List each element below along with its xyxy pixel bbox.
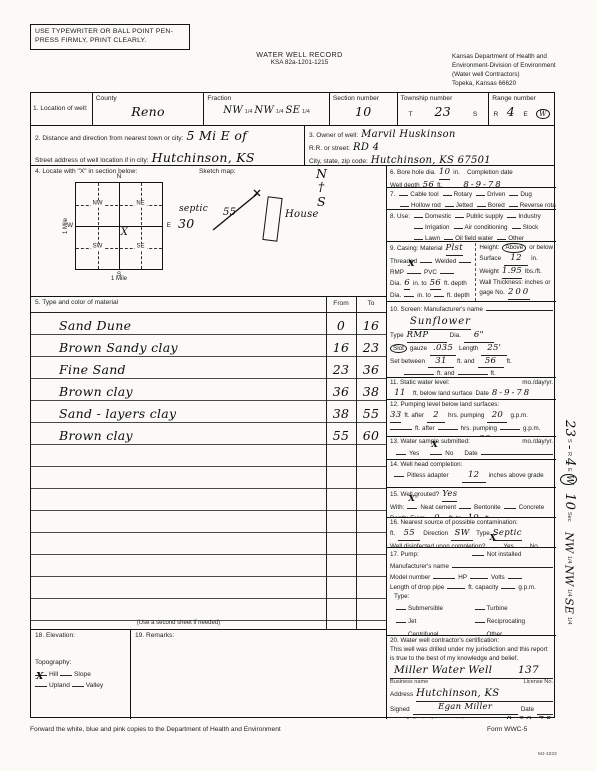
instruction-box: USE TYPEWRITER OR BALL POINT PEN-PRESS F… xyxy=(30,24,190,50)
section-10-screen: 10. Screen: Manufacturer's name Sunflowe… xyxy=(387,302,556,378)
street-value: Hutchinson, KS xyxy=(152,150,255,166)
to-value: 55 xyxy=(356,406,386,422)
ft-and-label: ft. and xyxy=(457,358,475,367)
contamination-type: Septic xyxy=(493,528,522,541)
date-label: Date xyxy=(464,450,477,459)
wellhead-label: 14. Well head completion: xyxy=(390,461,462,470)
margin-township: 23 xyxy=(560,420,577,437)
township-label: Township number xyxy=(401,95,453,102)
row-elevation-remarks: 18. Elevation: Topography: Hill Slope XU… xyxy=(31,629,386,719)
row-location: 1. Location of well: County Reno Fractio… xyxy=(31,93,554,126)
rmp-mark: X xyxy=(408,259,415,271)
pitless-value: 12 xyxy=(462,470,486,483)
upland-label: Upland xyxy=(49,682,70,691)
address-value: Hutchinson, KS xyxy=(416,687,553,702)
margin-quarter-label: 1/4 xyxy=(565,556,572,564)
range-e: E xyxy=(523,111,527,120)
distance-value: 5 Mi E of xyxy=(186,128,247,144)
section-16-contamination: 16. Nearest source of possible contamina… xyxy=(387,518,556,548)
other-label: Other xyxy=(508,235,524,242)
casing-dia2-label: Dia. xyxy=(390,292,401,301)
signed-label: Signed xyxy=(390,706,410,715)
casing-material-label: 9. Casing: Material xyxy=(390,245,443,254)
set-between-1: 31 xyxy=(428,356,454,369)
gpm-label: g.p.m. xyxy=(510,412,528,421)
compass-n: N xyxy=(117,173,122,181)
slot-value: .035 xyxy=(430,343,456,356)
lbs-label: lbs./ft. xyxy=(525,268,542,277)
title-block: WATER WELL RECORD KSA 82a-1201-1215 xyxy=(222,50,377,68)
table-row: Brown Sandy clay 16 23 xyxy=(31,335,386,357)
margin-quarter-2: NW xyxy=(561,565,575,587)
cell-owner: 3. Owner of well: Marvil Huskinson R.R. … xyxy=(305,126,554,165)
public-supply-label: Public supply xyxy=(466,213,503,222)
fraction-value: NW 1/4 NW 1/4 SE 1/4 xyxy=(204,104,329,117)
casing-right: Height:Aboveor below Surface12in. Weight… xyxy=(475,243,553,301)
table-row-empty xyxy=(31,577,386,599)
sample-no-label: No xyxy=(445,450,453,459)
direction-value: SW xyxy=(451,528,473,541)
above-grade-label: inches above grade xyxy=(489,472,544,481)
margin-index-strip: 23 S - R 4 E W 10 Sec NW 1/4 NW 1/4 SE 1… xyxy=(560,420,577,755)
section-20-certification: 20. Water well contractor's certificatio… xyxy=(387,636,556,719)
township-value: T 23 S xyxy=(398,104,489,120)
material-value: Brown clay xyxy=(31,428,326,444)
table-row: Brown clay 36 38 xyxy=(31,379,386,401)
margin-quarter-3: SE xyxy=(561,598,575,614)
certification-label: 20. Water well contractor's certificatio… xyxy=(390,637,499,646)
material-value: Sand - layers clay xyxy=(31,406,326,422)
capacity-label: ft. capacity xyxy=(468,584,498,593)
cable-tool-label: Cable tool xyxy=(410,191,438,200)
casing-dia-value: 6 xyxy=(404,278,410,291)
margin-sec-label: Sec xyxy=(565,512,572,521)
completion-date-value: 8-9-78 xyxy=(463,180,502,188)
valley-label: Valley xyxy=(86,682,103,691)
table-row-empty xyxy=(31,467,386,489)
section-number-value: 10 xyxy=(330,104,397,120)
section-6-borehole: 6. Bore hole dia. 10 in. Completion date… xyxy=(387,166,556,188)
ft-and-label: ft. and xyxy=(437,370,455,378)
from-header: From xyxy=(326,297,356,312)
material-header: 5. Type and color of material xyxy=(31,297,326,312)
water-well-record-page: USE TYPEWRITER OR BALL POINT PEN-PRESS F… xyxy=(0,0,597,771)
grid-dashed-line xyxy=(98,183,99,269)
from-value: 36 xyxy=(326,384,356,400)
margin-w-circled: W xyxy=(560,474,577,486)
cell-range: Range number R 4 E W xyxy=(489,93,554,125)
margin-s-label: S xyxy=(565,439,572,443)
owner-label: 3. Owner of well: xyxy=(309,132,358,141)
section-4-locate: 4. Locate with "X" in section below: Ske… xyxy=(31,166,386,296)
grid-dashed-line xyxy=(76,248,162,249)
range-number: 4 xyxy=(507,104,515,120)
fraction-q2: NW xyxy=(254,105,274,116)
submersible-label: Submersible xyxy=(408,605,443,614)
table-row-empty xyxy=(31,533,386,555)
gauze-label: gauze xyxy=(410,345,427,354)
section-7-method: 7. Cable tool XRotary Driven Dug Hollow … xyxy=(387,188,556,210)
direction-label: Direction xyxy=(423,530,448,539)
county-value: Reno xyxy=(93,104,204,120)
signature-value: Egan Miller xyxy=(413,702,518,715)
ft-after-label: ft. after xyxy=(404,412,424,421)
static-level-label: 11. Static water level: xyxy=(390,379,449,388)
locate-label: 4. Locate with "X" in section below: xyxy=(35,168,137,175)
to-value: 60 xyxy=(356,428,386,444)
section-12-pumping: 12. Pumping level below land surfaces: 3… xyxy=(387,400,556,437)
ft-label: ft. xyxy=(390,530,395,539)
section-8-use: 8. Use: XDomestic Public supply Industry… xyxy=(387,210,556,242)
agency-block: Kansas Department of Health and Environm… xyxy=(452,52,556,89)
rr-label: R.R. or street: xyxy=(309,145,350,154)
in-label: in. xyxy=(531,255,538,264)
from-value: 0 xyxy=(326,318,356,334)
margin-r-label: R xyxy=(565,452,572,456)
hp-label: HP xyxy=(458,574,467,583)
weight-label: Weight xyxy=(479,268,498,277)
dug-label: Dug xyxy=(520,191,532,200)
screen-dia-label: Dia. xyxy=(450,332,461,341)
material-value: Brown clay xyxy=(31,384,326,400)
quarter-label: 1/4 xyxy=(302,109,310,115)
material-table-header: 5. Type and color of material From To xyxy=(31,297,386,313)
mile-label-left: 1 Mile xyxy=(63,218,71,234)
section-14-wellhead: 14. Well head completion: Pitless adapte… xyxy=(387,460,556,488)
table-vline xyxy=(326,297,327,629)
industry-label: Industry xyxy=(518,213,540,222)
date-label: Date xyxy=(521,706,534,715)
disinfected-yes-mark: X xyxy=(489,533,496,545)
grid-center-horizontal xyxy=(76,226,162,227)
section-5-materials: 5. Type and color of material From To Sa… xyxy=(31,296,386,629)
screen-type-label: Type xyxy=(390,332,404,341)
surface-value: 12 xyxy=(504,253,528,266)
upland-mark: X xyxy=(36,671,43,683)
cell-fraction: Fraction NW 1/4 NW 1/4 SE 1/4 xyxy=(204,93,330,125)
cell-location-label: 1. Location of well: xyxy=(31,93,93,125)
pumping-depth-value: 33 xyxy=(390,410,401,423)
rr-value: RD 4 xyxy=(353,141,379,154)
to-value: 38 xyxy=(356,384,386,400)
section-15-grouted: 15. Well grouted?Yes With:XNeat cementBe… xyxy=(387,488,556,518)
table-row-empty xyxy=(31,445,386,467)
business-name-value: Miller Water Well xyxy=(390,663,515,678)
table-row-empty xyxy=(31,599,386,621)
sketch-compass-arrow: † xyxy=(318,179,325,195)
casing-left: 9. Casing: MaterialPlst ThreadedWelded R… xyxy=(390,243,475,301)
well-depth-value: 56 xyxy=(423,180,434,188)
compass-e: E xyxy=(167,222,171,230)
ft-label: ft. xyxy=(491,370,496,378)
jet-label: Jet xyxy=(408,618,416,627)
concrete-label: Concrete xyxy=(519,504,545,513)
form-body: 1. Location of well: County Reno Fractio… xyxy=(30,92,555,718)
cell-section-number: Section number 10 xyxy=(330,93,398,125)
hollow-rod-label: Hollow rod xyxy=(411,202,441,210)
row-distance-owner: 2. Distance and direction from nearest t… xyxy=(31,126,554,166)
above-circled: Above xyxy=(502,243,526,253)
from-value: 16 xyxy=(326,340,356,356)
well-x-mark: X xyxy=(121,226,128,239)
volts-label: Volts xyxy=(491,574,505,583)
sketch-lines xyxy=(207,186,267,234)
driven-label: Driven xyxy=(487,191,505,200)
section-17-pump: 17. Pump:XNot installed Manufacturer's n… xyxy=(387,548,556,636)
sketch-compass-s: S xyxy=(317,194,326,210)
sketch-55-text: 55 xyxy=(223,206,236,219)
section-9-casing: 9. Casing: MaterialPlst ThreadedWelded R… xyxy=(387,242,556,302)
section-mile-grid: NW NE SW SE N S W E X 1 Mile 1 Mile xyxy=(75,182,163,270)
ft-after-label: ft. after xyxy=(415,425,435,434)
to-value: 16 xyxy=(356,318,386,334)
in-label: in. xyxy=(453,169,460,178)
material-value: Fine Sand xyxy=(31,362,326,378)
agency-line: Environment-Division of Environment xyxy=(452,61,556,70)
range-label: Range number xyxy=(492,95,536,102)
gpm-label: g.p.m. xyxy=(523,425,541,434)
township-s: S xyxy=(473,111,477,120)
township-t: T xyxy=(409,111,413,120)
neat-cement-label: Neat cement xyxy=(420,504,456,513)
table-row: Sand Dune 0 16 xyxy=(31,313,386,335)
page-subtitle: KSA 82a-1201-1215 xyxy=(222,59,377,67)
grouted-value: Yes xyxy=(442,489,457,502)
table-vline xyxy=(356,297,357,629)
wall-thickness-label: Wall Thickness: inches or xyxy=(479,279,550,288)
from-value: 38 xyxy=(326,406,356,422)
from-value: 23 xyxy=(326,362,356,378)
hours-value: 2 xyxy=(427,410,445,423)
table-row: Fine Sand 23 36 xyxy=(31,357,386,379)
ft-label: ft. xyxy=(507,358,512,367)
sketch-septic-text: septic xyxy=(179,204,208,216)
pump-mfg-label: Manufacturer's name xyxy=(390,563,449,572)
table-row-empty xyxy=(31,489,386,511)
margin-quarter-label: 1/4 xyxy=(565,617,572,625)
license-label: License No. xyxy=(523,679,553,687)
screen-mfg-label: 10. Screen: Manufacturer's name xyxy=(390,306,483,315)
oil-field-water-label: Oil field water xyxy=(455,235,493,242)
street-label: Street address of well location if in ci… xyxy=(35,157,149,166)
gage-value: 200 xyxy=(508,287,530,300)
signed-date-value: 9-30-78 xyxy=(506,715,553,719)
cell-remarks: 19. Remarks: xyxy=(131,630,386,719)
certification-body2: is true to the best of my knowledge and … xyxy=(390,655,518,664)
gpm-value: 20 xyxy=(487,410,507,423)
bored-label: Bored xyxy=(488,202,505,210)
not-installed-mark: X xyxy=(473,548,480,553)
contamination-distance: 55 xyxy=(398,528,420,541)
margin-dash: - xyxy=(560,445,577,450)
quad-se: SE xyxy=(134,243,146,251)
static-date-value: 8-9-78 xyxy=(492,388,531,400)
certification-body1: This well was drilled under my jurisdict… xyxy=(390,646,548,655)
margin-quarter-1: NW xyxy=(561,532,575,554)
material-value: Sand Dune xyxy=(31,318,326,334)
screen-dia-value: 6" xyxy=(464,330,494,343)
page-title: WATER WELL RECORD xyxy=(222,50,377,59)
welded-label: Welded xyxy=(435,258,456,267)
borehole-dia-value: 10 xyxy=(439,167,450,180)
material-value: Brown Sandy clay xyxy=(31,340,326,356)
screen-type-value: RMP xyxy=(407,330,447,343)
mdy-label: mo./day/yr. xyxy=(522,379,553,388)
margin-e-label: E xyxy=(565,468,572,472)
cell-county: County Reno xyxy=(93,93,205,125)
mdy-label: mo./day/yr. xyxy=(522,438,553,447)
ft-depth-label: ft. depth xyxy=(444,280,467,289)
agency-line: Kansas Department of Health and xyxy=(452,52,556,61)
reverse-rotary-label: Reverse rotary xyxy=(520,202,556,210)
below-surface-label: ft. below land surface xyxy=(413,390,473,399)
set-between-label: Set between xyxy=(390,358,425,367)
print-code: MJ-1023 xyxy=(538,752,557,758)
margin-range: 4 xyxy=(560,458,577,467)
address-label: Address xyxy=(390,691,413,700)
table-row: Brown clay 55 60 xyxy=(31,423,386,445)
pump-type-label: Type: xyxy=(390,593,409,602)
cell-elevation: 18. Elevation: Topography: Hill Slope XU… xyxy=(31,630,131,719)
contamination-label: 16. Nearest source of possible contamina… xyxy=(390,519,518,528)
casing-depth-value: 56 xyxy=(430,278,441,291)
borehole-dia-label: 6. Bore hole dia. xyxy=(390,169,436,178)
hrs-pumping-label: hrs. pumping xyxy=(461,425,497,434)
agency-line: (Water well Contractors) xyxy=(452,70,556,79)
owner-value: Marvil Huskinson xyxy=(361,128,456,141)
model-label: Model number xyxy=(390,574,430,583)
grid-dashed-line xyxy=(141,183,142,269)
in-to-label: in. to xyxy=(417,292,431,301)
right-column: 6. Bore hole dia. 10 in. Completion date… xyxy=(386,166,556,719)
turbine-label: Turbine xyxy=(487,605,508,614)
pump-label: 17. Pump: xyxy=(390,551,419,560)
sketch-house-text: House xyxy=(285,208,319,221)
pvc-label: PVC xyxy=(424,269,437,278)
domestic-label: Domestic xyxy=(425,213,451,222)
irrigation-label: Irrigation xyxy=(425,224,450,233)
rotary-mark: X xyxy=(444,188,451,193)
quad-nw: NW xyxy=(91,200,105,208)
in-to-label: in. to xyxy=(413,280,427,289)
sketch-30-text: 30 xyxy=(178,216,195,232)
business-name-label: Business name xyxy=(390,679,428,687)
length-label: Length xyxy=(459,345,478,354)
sample-yes-label: Yes xyxy=(409,450,419,459)
fraction-q1: NW xyxy=(223,105,243,116)
water-sample-label: 13. Water sample submitted: xyxy=(390,438,470,447)
range-value: R 4 E W xyxy=(489,104,554,120)
not-installed-label: Not installed xyxy=(487,551,522,560)
reciprocating-label: Reciprocating xyxy=(487,618,526,627)
cell-distance: 2. Distance and direction from nearest t… xyxy=(31,126,305,165)
distance-label: 2. Distance and direction from nearest t… xyxy=(35,135,183,144)
lawn-label: Lawn xyxy=(425,235,440,242)
type-label: Type xyxy=(476,530,490,539)
date-label: Date xyxy=(476,390,489,399)
weight-value: 1.95 xyxy=(502,266,522,279)
casing-material-value: Plst xyxy=(446,243,463,256)
bentonite-label: Bentonite xyxy=(474,504,501,513)
use-number: 8. Use: xyxy=(390,213,410,222)
sketch-map-label: Sketch map: xyxy=(199,168,236,177)
table-row: Sand - layers clay 38 55 xyxy=(31,401,386,423)
fraction-q3: SE xyxy=(286,105,301,116)
casing-dia-label: Dia. xyxy=(390,280,401,289)
pumping-level-label: 12. Pumping level below land surfaces: xyxy=(390,401,499,410)
margin-section: 10 xyxy=(560,493,577,510)
stock-label: Stock xyxy=(523,224,539,233)
pitless-label: Pitless adapter xyxy=(407,472,449,481)
mile-label-bottom: 1 Mile xyxy=(76,276,162,284)
screen-mfg-value: Sunflower xyxy=(410,315,471,330)
table-row-empty xyxy=(31,511,386,533)
from-value: 55 xyxy=(326,428,356,444)
section-13-sample: 13. Water sample submitted:mo./day/yr. Y… xyxy=(387,437,556,460)
table-row-empty xyxy=(31,555,386,577)
remarks-label: 19. Remarks: xyxy=(135,632,174,639)
quad-sw: SW xyxy=(91,243,105,251)
with-label: With: xyxy=(390,504,404,513)
to-header: To xyxy=(356,297,386,312)
sample-no-mark: X xyxy=(431,440,438,452)
air-conditioning-label: Air conditioning xyxy=(465,224,508,233)
method-number: 7. xyxy=(390,191,395,200)
domestic-mark: X xyxy=(415,210,422,215)
neat-cement-mark: X xyxy=(408,494,415,506)
static-level-value: 11 xyxy=(390,388,410,400)
grid-dashed-line xyxy=(76,205,162,206)
hrs-pumping-label: hrs. pumping xyxy=(448,412,484,421)
second-sheet-note: (Use a second sheet if needed) xyxy=(31,620,326,628)
to-value: 23 xyxy=(356,340,386,356)
rotary-label: Rotary xyxy=(454,191,473,200)
county-label: County xyxy=(96,95,117,102)
height-label: Height: xyxy=(479,244,499,253)
or-below-label: or below xyxy=(529,244,553,253)
rmp-label: RMP xyxy=(390,269,404,278)
license-value: 137 xyxy=(518,663,553,678)
surface-label: Surface xyxy=(479,255,501,264)
completion-date-label: Completion date xyxy=(467,169,513,178)
quad-ne: NE xyxy=(134,200,146,208)
distribution-note: Forward the white, blue and pink copies … xyxy=(30,726,281,735)
drop-pipe-label: Length of drop pipe xyxy=(390,584,444,593)
gage-label: gage No. xyxy=(479,289,505,298)
range-r: R xyxy=(493,111,498,120)
township-number: 23 xyxy=(434,104,451,120)
jetted-label: Jetted xyxy=(456,202,473,210)
fraction-label: Fraction xyxy=(207,95,231,102)
hill-label: Hill xyxy=(49,671,58,680)
location-label: 1. Location of well: xyxy=(33,105,88,114)
form-number: Form WWC-5 xyxy=(487,726,527,735)
gpm-label: g.p.m. xyxy=(518,584,536,593)
to-value: 36 xyxy=(356,362,386,378)
slope-label: Slope xyxy=(74,671,91,680)
set-between-2: 56 xyxy=(478,356,504,369)
margin-quarter-label: 1/4 xyxy=(565,589,572,597)
ft-depth-label: ft. depth xyxy=(447,292,470,301)
agency-line: Topeka, Kansas 66620 xyxy=(452,79,556,88)
slot-circled: Slot xyxy=(390,344,407,354)
section-number-label: Section number xyxy=(333,95,379,102)
length-value: 25' xyxy=(481,343,507,356)
section-11-static: 11. Static water level:mo./day/yr. 11ft.… xyxy=(387,378,556,400)
quarter-label: 1/4 xyxy=(276,109,284,115)
elevation-label: 18. Elevation: xyxy=(35,632,126,641)
topography-label: Topography: xyxy=(35,659,126,668)
